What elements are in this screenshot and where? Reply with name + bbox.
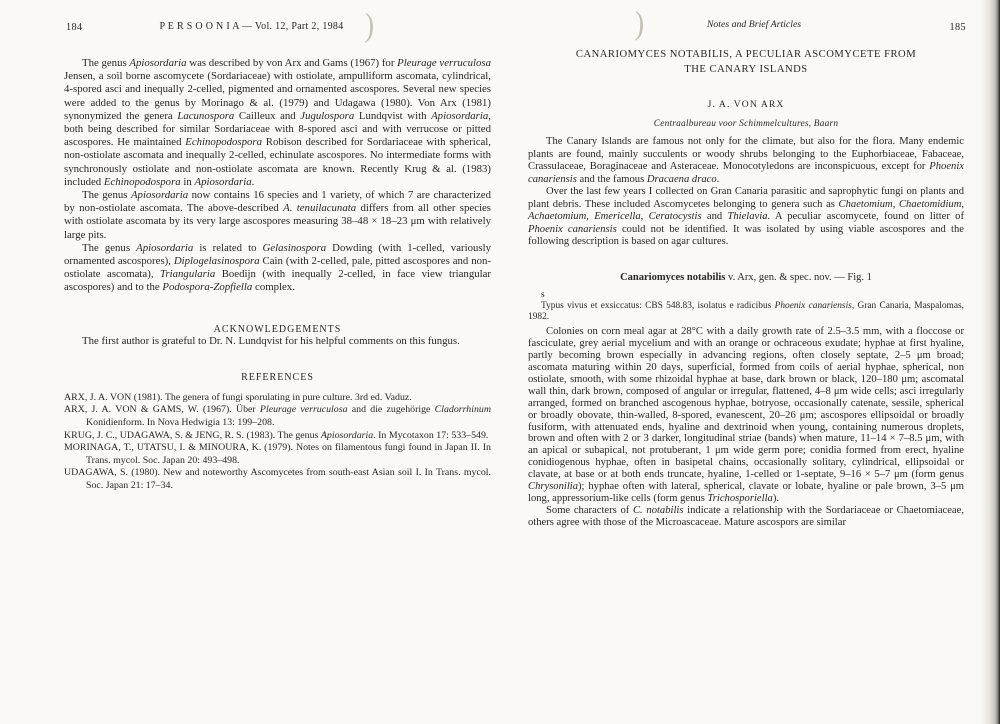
latin-diagnosis-block: s Typus vivus et exsiccatus: CBS 548.83,…	[528, 290, 964, 324]
right-page-body: The Canary Islands are famous not only f…	[528, 136, 964, 529]
intro-paragraph: The Canary Islands are famous not only f…	[528, 136, 964, 186]
article-title-line1: CANARIOMYCES NOTABILIS, A PECULIAR ASCOM…	[528, 47, 964, 62]
reference-entry: KRUG, J. C., UDAGAWA, S. & JENG, R. S. (…	[64, 430, 491, 443]
article-author: J. A. VON ARX	[528, 99, 964, 110]
article-title: CANARIOMYCES NOTABILIS, A PECULIAR ASCOM…	[528, 47, 964, 77]
right-page: Notes and Brief Articles 185 CANARIOMYCE…	[528, 0, 964, 724]
running-head-left: P E R S O O N I A — Vol. 12, Part 2, 198…	[159, 21, 343, 32]
page-number-left: 184	[66, 22, 82, 33]
acknowledgements-heading: ACKNOWLEDGEMENTS	[64, 324, 491, 335]
references-heading: REFERENCES	[64, 372, 491, 383]
reference-entry: UDAGAWA, S. (1980). New and noteworthy A…	[64, 467, 491, 492]
species-heading: Canariomyces notabilis v. Arx, gen. & sp…	[528, 272, 964, 283]
article-title-line2: THE CANARY ISLANDS	[528, 62, 964, 77]
typus-paragraph: Typus vivus et exsiccatus: CBS 548.83, i…	[528, 301, 964, 324]
description-paragraph: Colonies on corn meal agar at 28°C with …	[528, 326, 964, 505]
description-block: Colonies on corn meal agar at 28°C with …	[528, 326, 964, 528]
reference-entry: MORINAGA, T., UTATSU, I. & MINOURA, K. (…	[64, 442, 491, 467]
journal-spread: ) ) 184 P E R S O O N I A — Vol. 12, Par…	[0, 0, 1000, 724]
article-affiliation: Centraalbureau voor Schimmelcultures, Ba…	[528, 119, 964, 129]
running-head-right: Notes and Brief Articles	[707, 19, 801, 30]
left-page: 184 P E R S O O N I A — Vol. 12, Part 2,…	[64, 0, 491, 724]
article-paragraph: The genus Apiosordaria was described by …	[64, 57, 491, 189]
reference-entry: ARX, J. A. VON & GAMS, W. (1967). Über P…	[64, 404, 491, 429]
closing-paragraph: Some characters of C. notabilis indicate…	[528, 505, 964, 529]
intro-paragraph: Over the last few years I collected on G…	[528, 186, 964, 249]
latin-diagnosis: s	[528, 290, 964, 301]
scan-edge-shadow	[980, 0, 1000, 724]
page-number-right: 185	[950, 22, 966, 33]
reference-entry: ARX, J. A. VON (1981). The genera of fun…	[64, 392, 491, 405]
acknowledgements-text: The first author is grateful to Dr. N. L…	[64, 335, 491, 348]
reference-list: ARX, J. A. VON (1981). The genera of fun…	[64, 392, 491, 493]
article-paragraph: The genus Apiosordaria is related to Gel…	[64, 242, 491, 295]
left-running-head-row: 184 P E R S O O N I A — Vol. 12, Part 2,…	[64, 0, 491, 36]
left-page-body: The genus Apiosordaria was described by …	[64, 57, 491, 493]
right-running-head-row: Notes and Brief Articles 185	[528, 0, 964, 36]
article-paragraph: The genus Apiosordaria now contains 16 s…	[64, 189, 491, 242]
